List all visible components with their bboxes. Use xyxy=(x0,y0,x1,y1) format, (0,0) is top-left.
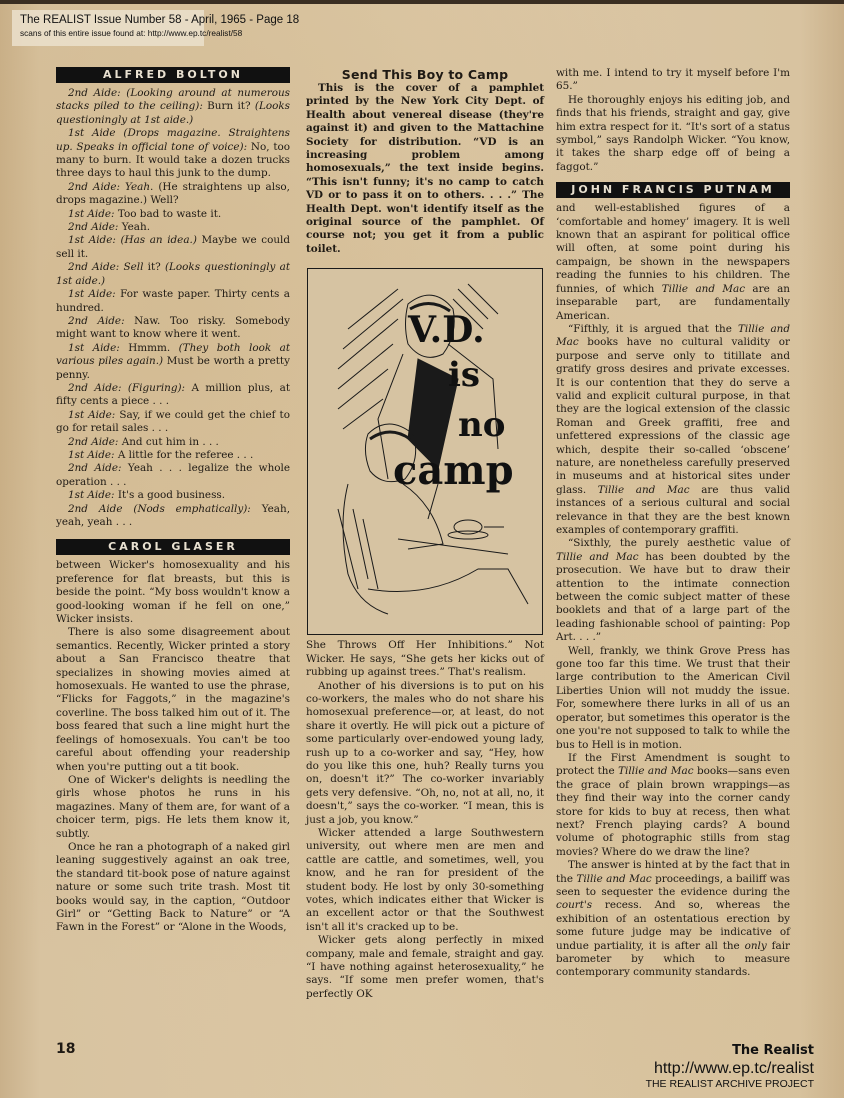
pamphlet-title-is: is xyxy=(448,369,480,382)
column-2: Send This Boy to Camp This is the cover … xyxy=(306,67,544,1001)
archive-header: The REALIST Issue Number 58 - April, 196… xyxy=(12,10,204,46)
dialogue-line: 2nd Aide: (Figuring): A million plus, at… xyxy=(56,382,290,409)
paragraph: with me. I intend to try it myself befor… xyxy=(556,67,790,94)
byline-alfred-bolton: ALFRED BOLTON xyxy=(56,67,290,83)
pamphlet-title-no: no xyxy=(458,419,505,432)
dialogue-line: 2nd Aide: (Looking around at numerous st… xyxy=(56,87,290,127)
paragraph: There is also some disagreement about se… xyxy=(56,626,290,773)
dialogue-line: 2nd Aide: Yeah. (He straightens up also,… xyxy=(56,181,290,208)
dialogue-line: 2nd Aide: Naw. Too risky. Somebody might… xyxy=(56,315,290,342)
dialogue-line: 1st Aide: It's a good business. xyxy=(56,489,290,502)
paragraph: between Wicker's homosexuality and his p… xyxy=(56,559,290,626)
dialogue-script: 2nd Aide: (Looking around at numerous st… xyxy=(56,87,290,529)
dialogue-line: 1st Aide: Hmmm. (They both look at vario… xyxy=(56,342,290,382)
dialogue-line: 2nd Aide: Sell it? (Looks questioningly … xyxy=(56,261,290,288)
dialogue-line: 1st Aide: A little for the referee . . . xyxy=(56,449,290,462)
archive-title: The REALIST Issue Number 58 - April, 196… xyxy=(20,13,196,27)
paragraph: Wicker gets along perfectly in mixed com… xyxy=(306,934,544,1001)
dialogue-line: 1st Aide (Drops magazine. Straightens up… xyxy=(56,127,290,181)
paragraph: “Sixthly, the purely aesthetic value of … xyxy=(556,537,790,644)
byline-carol-glaser: CAROL GLASER xyxy=(56,539,290,555)
column-3: with me. I intend to try it myself befor… xyxy=(556,67,790,980)
paragraph: Once he ran a photograph of a naked girl… xyxy=(56,841,290,935)
dialogue-line: 2nd Aide: And cut him in . . . xyxy=(56,436,290,449)
paragraph: She Throws Off Her Inhibitions.” Not Wic… xyxy=(306,639,544,679)
dialogue-line: 1st Aide: Say, if we could get the chief… xyxy=(56,409,290,436)
dialogue-line: 2nd Aide (Nods emphatically): Yeah, yeah… xyxy=(56,503,290,530)
paragraph: If the First Amendment is sought to prot… xyxy=(556,752,790,859)
photo-caption-intro: This is the cover of a pamphlet printed … xyxy=(306,82,544,256)
paragraph: “Fifthly, it is argued that the Tillie a… xyxy=(556,323,790,538)
dialogue-line: 1st Aide: Too bad to waste it. xyxy=(56,208,290,221)
article-headline: Send This Boy to Camp xyxy=(306,67,544,82)
paragraph: The answer is hinted at by the fact that… xyxy=(556,859,790,980)
paragraph: and well-established figures of a ‘comfo… xyxy=(556,202,790,323)
byline-john-francis-putnam: JOHN FRANCIS PUTNAM xyxy=(556,182,790,198)
dialogue-line: 1st Aide: (Has an idea.) Maybe we could … xyxy=(56,234,290,261)
archive-source-link[interactable]: scans of this entire issue found at: htt… xyxy=(20,27,196,39)
paragraph: One of Wicker's delights is needling the… xyxy=(56,774,290,841)
paragraph: Well, frankly, we think Grove Press has … xyxy=(556,645,790,752)
dialogue-line: 1st Aide: For waste paper. Thirty cents … xyxy=(56,288,290,315)
archive-url-link[interactable]: http://www.ep.tc/realist xyxy=(646,1059,814,1078)
footer-credits: The Realist http://www.ep.tc/realist THE… xyxy=(646,1043,814,1091)
paragraph: Wicker attended a large Southwestern uni… xyxy=(306,827,544,934)
pamphlet-title-camp: camp xyxy=(393,464,514,477)
paragraph: Another of his diversions is to put on h… xyxy=(306,680,544,827)
archive-project-label: THE REALIST ARCHIVE PROJECT xyxy=(646,1078,814,1091)
page-top-edge xyxy=(0,0,844,4)
page-number: 18 xyxy=(56,1041,75,1057)
dialogue-line: 2nd Aide: Yeah. xyxy=(56,221,290,234)
paragraph: He thoroughly enjoys his editing job, an… xyxy=(556,94,790,174)
magazine-name: The Realist xyxy=(646,1043,814,1059)
pamphlet-cover-illustration: V.D. is no camp xyxy=(307,268,543,635)
dialogue-line: 2nd Aide: Yeah . . . legalize the whole … xyxy=(56,462,290,489)
column-1: ALFRED BOLTON 2nd Aide: (Looking around … xyxy=(56,67,290,935)
pamphlet-title-vd: V.D. xyxy=(408,324,485,337)
